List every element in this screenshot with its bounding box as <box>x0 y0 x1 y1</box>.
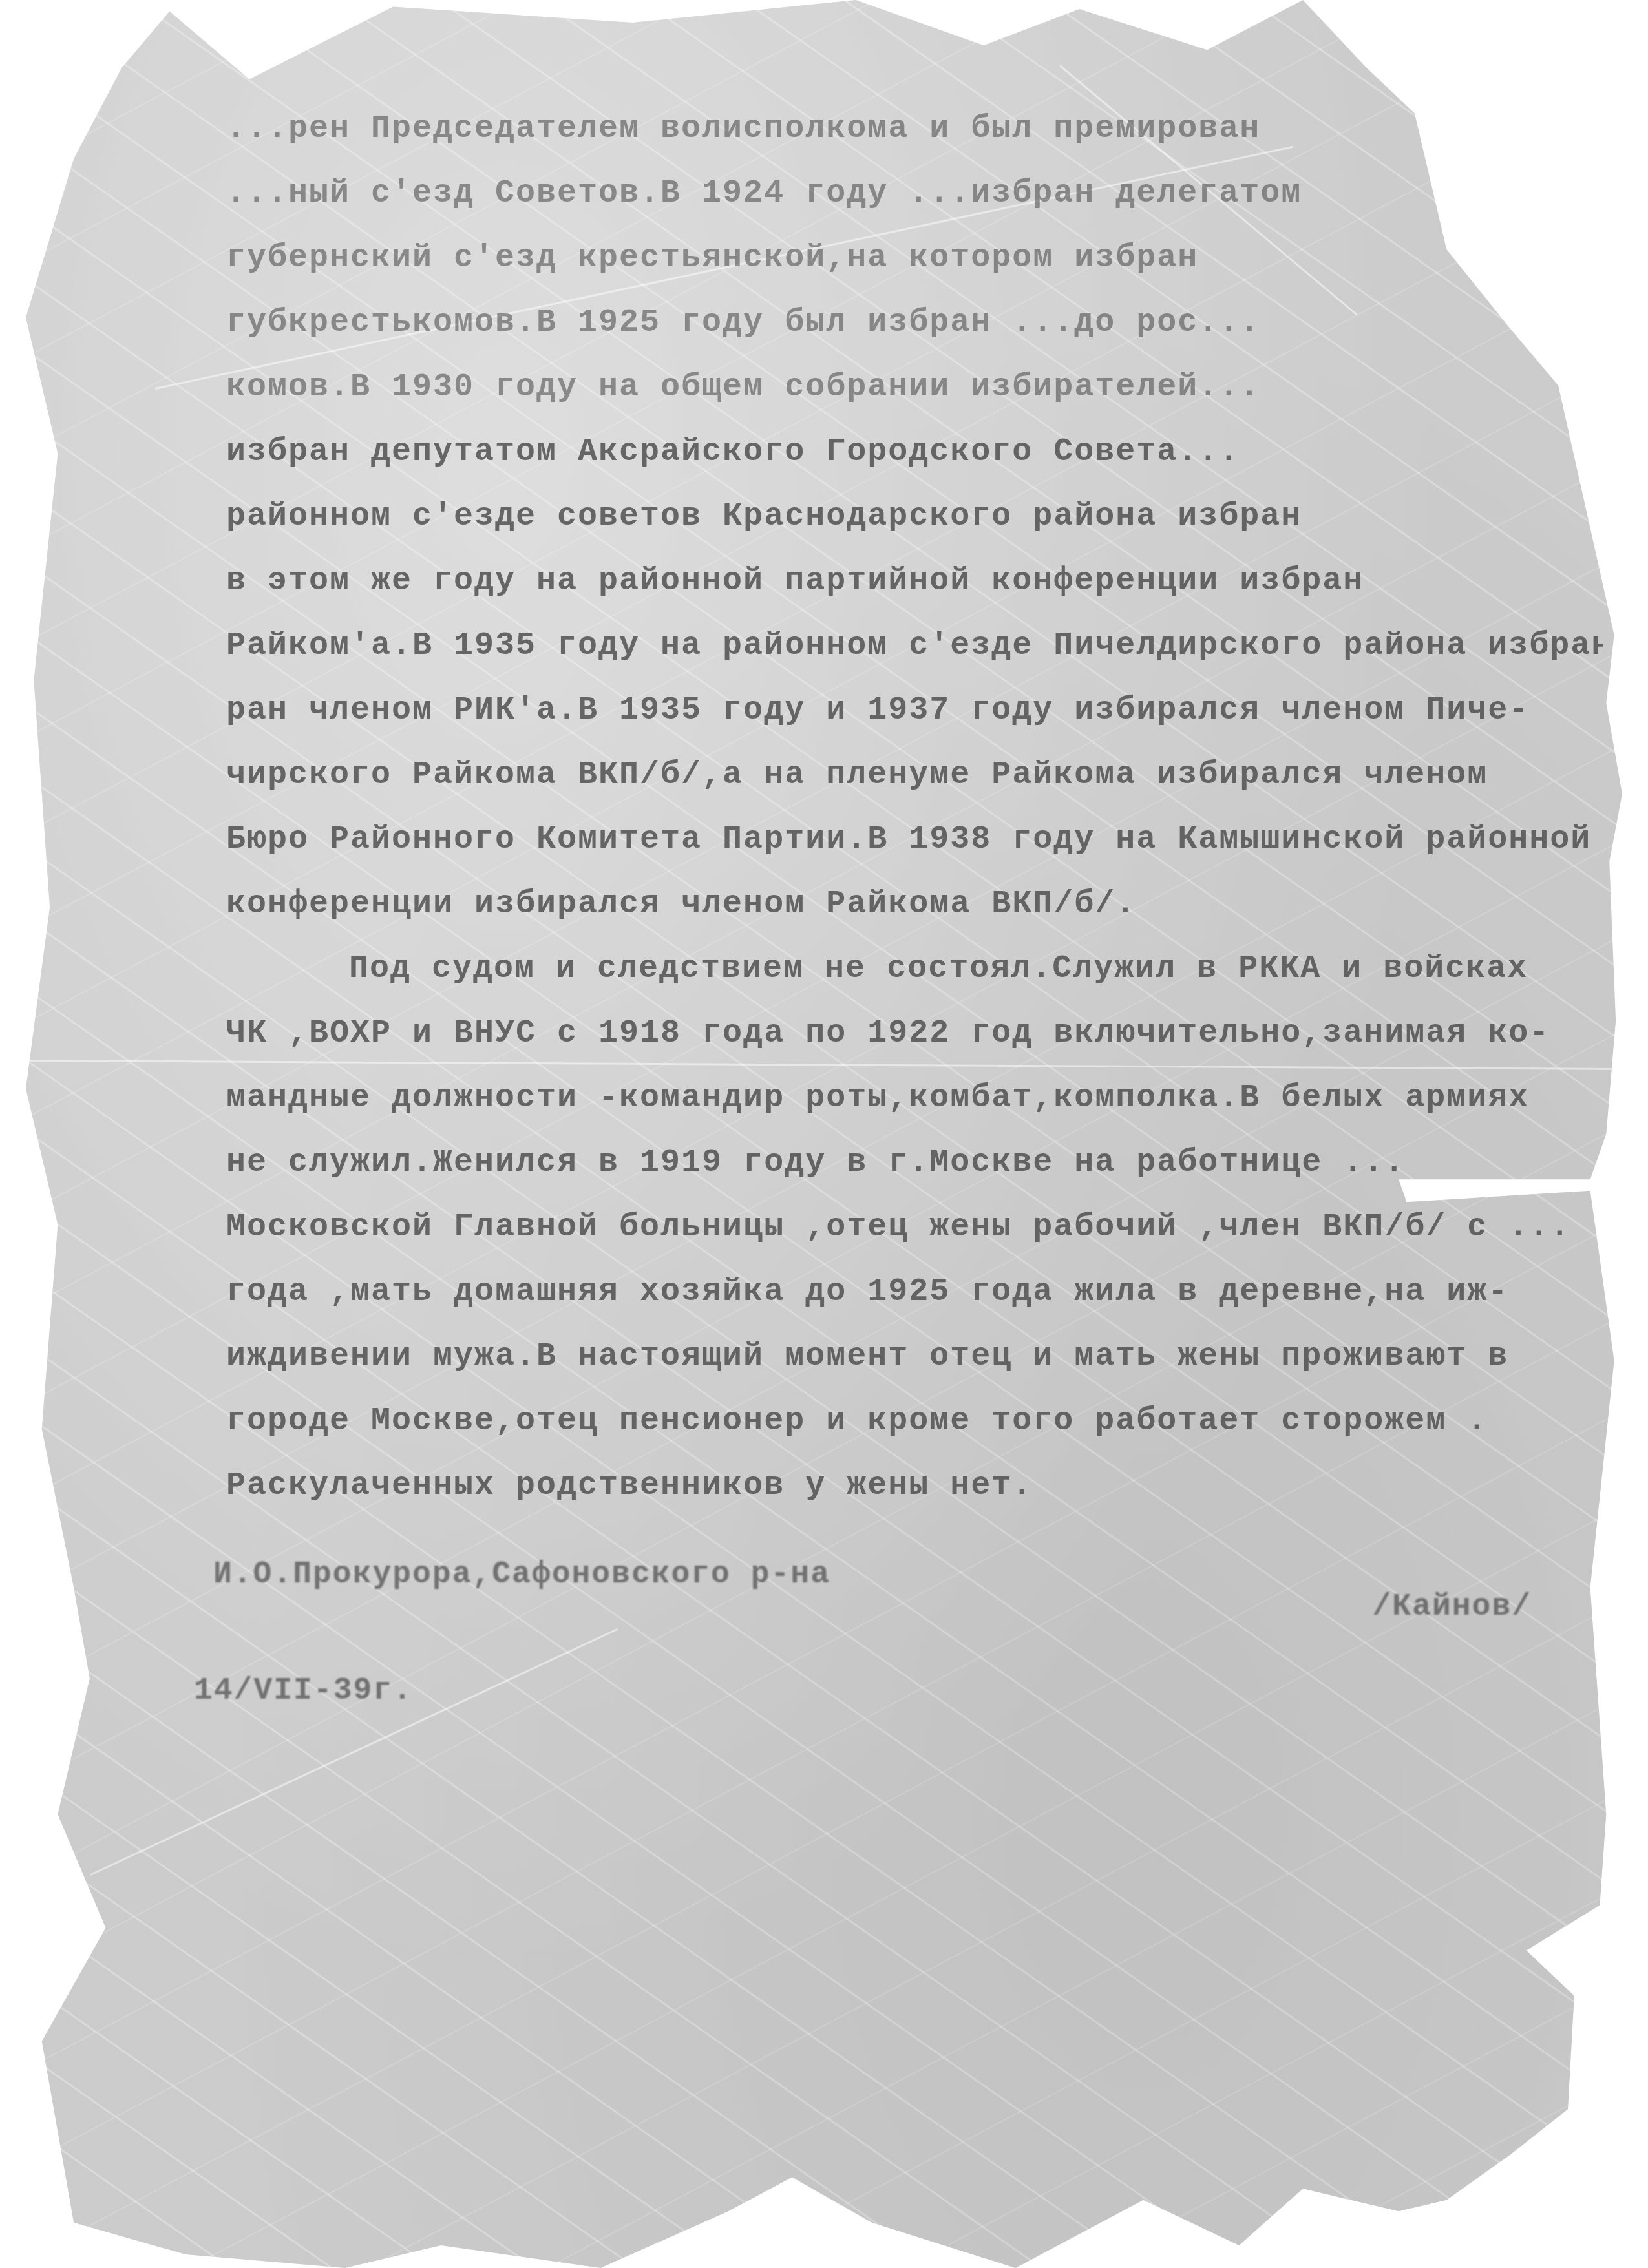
body-line: конференции избирался членом Райкома ВКП… <box>226 872 1603 937</box>
paper-crease <box>90 1628 618 1876</box>
body-line: избран депутатом Аксрайского Городского … <box>226 420 1603 485</box>
body-line: Бюро Районного Комитета Партии.В 1938 го… <box>226 808 1603 872</box>
body-line: в этом же году на районной партийной кон… <box>226 549 1603 614</box>
body-line: губкрестькомов.В 1925 году был избран ..… <box>226 291 1603 355</box>
body-line: комов.В 1930 году на общем собрании изби… <box>226 355 1603 420</box>
paragraph2-line: иждивении мужа.В настоящий момент отец и… <box>226 1325 1603 1389</box>
body-line: чирского Райкома ВКП/б/,а на пленуме Рай… <box>226 743 1603 808</box>
paragraph2-line: Под судом и следствием не состоял.Служил… <box>226 937 1603 1002</box>
body-line: районном с'езде советов Краснодарского р… <box>226 485 1603 549</box>
body-line: ...ный с'езд Советов.В 1924 году ...избр… <box>226 162 1603 226</box>
paragraph2-line: мандные должности -командир роты,комбат,… <box>226 1066 1603 1131</box>
signatory-name: /Кайнов/ <box>1373 1590 1532 1624</box>
body-line: губернский с'езд крестьянской,на котором… <box>226 226 1603 291</box>
document-body: ...рен Председателем волисполкома и был … <box>226 97 1603 1518</box>
paragraph2-line: ЧК ,ВОХР и ВНУС с 1918 года по 1922 год … <box>226 1002 1603 1066</box>
signatory-title: И.О.Прокурора,Сафоновского р-на <box>213 1557 830 1592</box>
paragraph2-line: Раскулаченных родственников у жены нет. <box>226 1454 1603 1518</box>
body-line: Райком'а.В 1935 году на районном с'езде … <box>226 614 1603 678</box>
paragraph2-line: года ,мать домашняя хозяйка до 1925 года… <box>226 1260 1603 1325</box>
paragraph2-line: не служил.Женился в 1919 году в г.Москве… <box>226 1131 1603 1195</box>
body-line: ...рен Председателем волисполкома и был … <box>226 97 1603 162</box>
paragraph2-line: городе Москве,отец пенсионер и кроме тог… <box>226 1389 1603 1454</box>
paragraph2-line: Московской Главной больницы ,отец жены р… <box>226 1195 1603 1260</box>
document-date: 14/VII-39г. <box>194 1674 413 1708</box>
body-line: ран членом РИК'а.В 1935 году и 1937 году… <box>226 678 1603 743</box>
